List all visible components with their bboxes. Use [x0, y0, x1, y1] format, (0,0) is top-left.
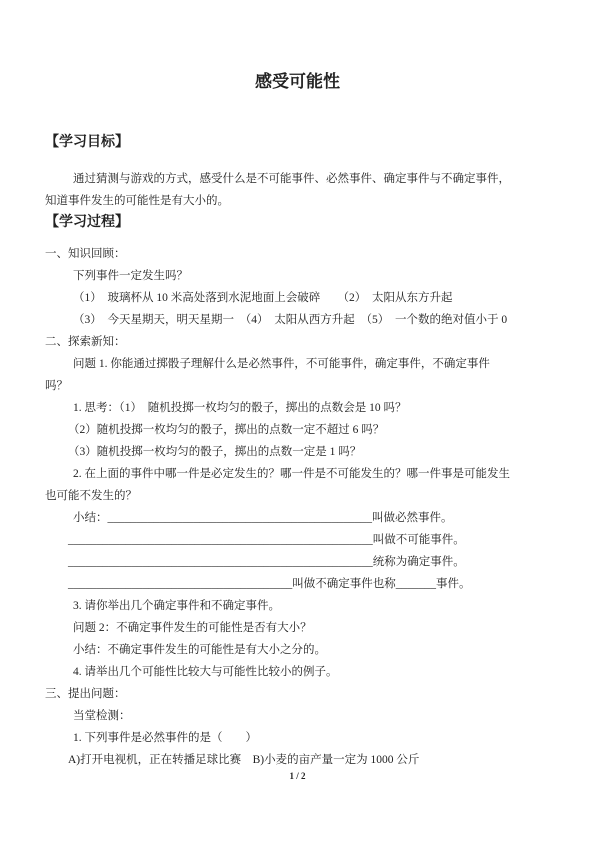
text-line: 小结：_____________________________________… [45, 507, 567, 529]
text-line: 三、提出问题： [45, 683, 567, 705]
text-line: _______________________________________叫… [45, 573, 567, 595]
text-line: （2）随机投掷一枚均匀的骰子，掷出的点数一定不超过 6 吗？ [45, 419, 567, 441]
text-line: 当堂检测： [45, 705, 567, 727]
text-line: ________________________________________… [45, 551, 567, 573]
section-heading: 【学习过程】 [45, 212, 567, 234]
text-line: （1） 玻璃杯从 10 米高处落到水泥地面上会破碎 （2） 太阳从东方升起 [45, 287, 567, 309]
document-page: 感受可能性 【学习目标】通过猜测与游戏的方式，感受什么是不可能事件、必然事件、确… [0, 0, 595, 841]
text-line: 问题 2：不确定事件发生的可能性是否有大小？ [45, 617, 567, 639]
text-line: （3） 今天星期天，明天星期一 （4） 太阳从西方升起 （5） 一个数的绝对值小… [45, 309, 567, 331]
text-line: 一、知识回顾： [45, 243, 567, 265]
text-line: 二、探索新知： [45, 331, 567, 353]
text-line: 知道事件发生的可能性是有大小的。 [45, 190, 567, 212]
text-line: 1. 思考：（1） 随机投掷一枚均匀的骰子，掷出的点数会是 10 吗？ [45, 397, 567, 419]
text-line: 小结：不确定事件发生的可能性是有大小之分的。 [45, 639, 567, 661]
text-line: ________________________________________… [45, 529, 567, 551]
text-line: （3）随机投掷一枚均匀的骰子，掷出的点数一定是 1 吗？ [45, 441, 567, 463]
text-line: 1. 下列事件是必然事件的是（ ） [45, 727, 567, 749]
text-line: 下列事件一定发生吗？ [45, 265, 567, 287]
text-line: 2. 在上面的事件中哪一件是必定发生的？哪一件是不可能发生的？哪一件事是可能发生 [45, 463, 567, 485]
document-lines: 【学习目标】通过猜测与游戏的方式，感受什么是不可能事件、必然事件、确定事件与不确… [45, 132, 567, 771]
text-line: A)打开电视机，正在转播足球比赛 B)小麦的亩产量一定为 1000 公斤 [45, 749, 567, 771]
text-line: 也可能不发生的？ [45, 485, 567, 507]
page-title: 感受可能性 [0, 0, 595, 94]
text-line: 3. 请你举出几个确定事件和不确定事件。 [45, 595, 567, 617]
text-line: 通过猜测与游戏的方式，感受什么是不可能事件、必然事件、确定事件与不确定事件， [45, 168, 567, 190]
text-line: 4. 请举出几个可能性比较大与可能性比较小的例子。 [45, 661, 567, 683]
page-number: 1 / 2 [0, 771, 595, 781]
section-heading: 【学习目标】 [45, 132, 567, 154]
text-line: 吗？ [45, 375, 567, 397]
text-line: 问题 1. 你能通过掷骰子理解什么是必然事件，不可能事件，确定事件，不确定事件 [45, 353, 567, 375]
